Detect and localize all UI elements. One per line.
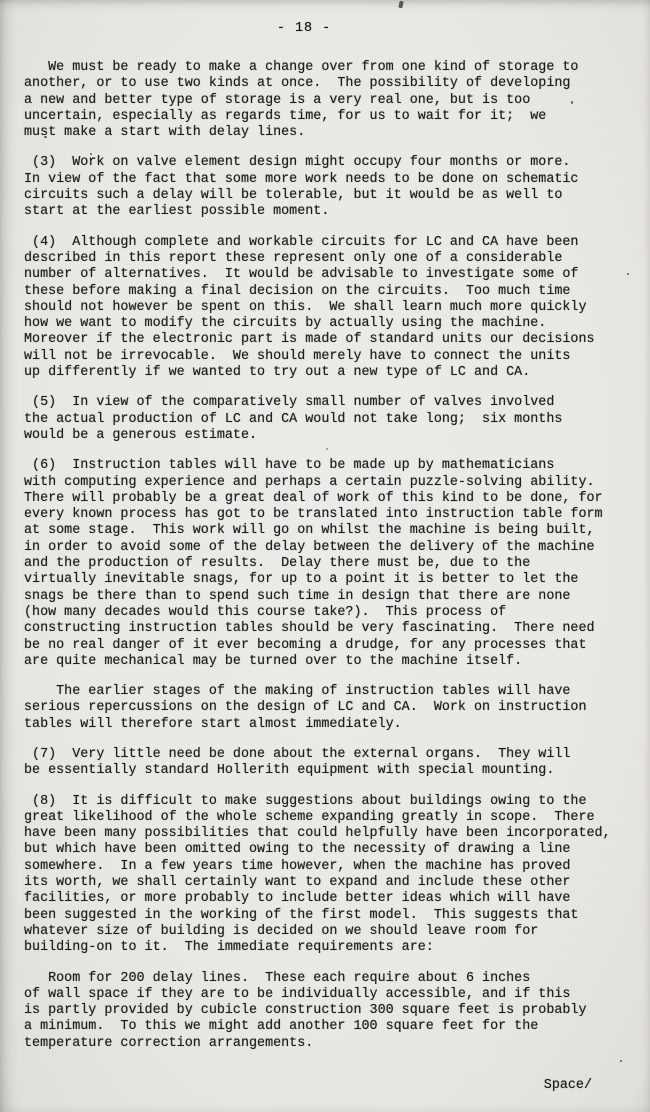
text-line: a minimum. To this we might add another … <box>24 1019 628 1035</box>
text-line: but which have been omitted owing to the… <box>24 842 628 858</box>
text-line: virtually inevitable snags, for up to a … <box>24 572 628 588</box>
scan-speck <box>326 448 328 450</box>
text-line: its worth, we shall certainly want to ex… <box>24 875 628 891</box>
scan-speck <box>90 153 92 155</box>
text-line: should not however be spent on this. We … <box>24 300 628 316</box>
text-line: every known process has got to be transl… <box>24 507 628 523</box>
page-number: - 18 - <box>0 21 608 36</box>
text-line: (how many decades would this course take… <box>24 605 628 621</box>
text-line: the actual production of LC and CA would… <box>24 412 628 428</box>
text-line: tables will therefore start almost immed… <box>24 717 628 733</box>
paragraph: (6) Instruction tables will have to be m… <box>24 458 628 670</box>
text-line: (3) Work on valve element design might o… <box>24 155 628 171</box>
text-line: circuits such a delay will be tolerable,… <box>24 188 628 204</box>
text-line: somewhere. In a few years time however, … <box>24 859 628 875</box>
text-line: at some stage. This work will go on whil… <box>24 523 628 539</box>
document-page: - 18 - We must be ready to make a change… <box>0 0 650 1112</box>
paragraph: (3) Work on valve element design might o… <box>24 155 628 220</box>
text-line: whatever size of building is decided on … <box>24 924 628 940</box>
text-line: start at the earliest possible moment. <box>24 204 628 220</box>
text-line: facilities, or more probably to include … <box>24 891 628 907</box>
text-line: temperature correction arrangements. <box>24 1036 628 1052</box>
text-line: in order to avoid some of the delay betw… <box>24 540 628 556</box>
text-line: been suggested in the working of the fir… <box>24 908 628 924</box>
catchword: Space/ <box>544 1078 592 1093</box>
scan-speck <box>44 136 47 138</box>
paragraph: The earlier stages of the making of inst… <box>24 684 628 733</box>
scan-speck <box>571 101 573 104</box>
text-line: up differently if we wanted to try out a… <box>24 365 628 381</box>
paragraph: We must be ready to make a change over f… <box>24 60 628 141</box>
text-line: We must be ready to make a change over f… <box>24 60 628 76</box>
text-line: of wall space if they are to be individu… <box>24 987 628 1003</box>
text-line: (6) Instruction tables will have to be m… <box>24 458 628 474</box>
text-line: these before making a final decision on … <box>24 284 628 300</box>
text-line: There will probably be a great deal of w… <box>24 491 628 507</box>
text-line: snags be there than to spend such time i… <box>24 589 628 605</box>
text-line: another, or to use two kinds at once. Th… <box>24 76 628 92</box>
text-line: In view of the fact that some more work … <box>24 172 628 188</box>
text-line: constructing instruction tables should b… <box>24 621 628 637</box>
text-line: with computing experience and perhaps a … <box>24 475 628 491</box>
text-line: Moreover if the electronic part is made … <box>24 332 628 348</box>
text-line: have been many possibilities that could … <box>24 826 628 842</box>
paragraph: (8) It is difficult to make suggestions … <box>24 794 628 957</box>
text-line: be no real danger of it ever becoming a … <box>24 638 628 654</box>
text-line: a new and better type of storage is a ve… <box>24 93 628 109</box>
text-line: (5) In view of the comparatively small n… <box>24 395 628 411</box>
text-line: is partly provided by cubicle constructi… <box>24 1003 628 1019</box>
scan-speck <box>627 273 629 275</box>
text-line: (8) It is difficult to make suggestions … <box>24 794 628 810</box>
text-line: number of alternatives. It would be advi… <box>24 267 628 283</box>
text-line: be essentially standard Hollerith equipm… <box>24 763 628 779</box>
scan-speck <box>398 1 403 9</box>
paragraph: (4) Although complete and workable circu… <box>24 235 628 382</box>
text-line: must make a start with delay lines. <box>24 125 628 141</box>
text-line: are quite mechanical may be turned over … <box>24 654 628 670</box>
paragraph: (5) In view of the comparatively small n… <box>24 395 628 444</box>
text-line: and the production of results. Delay the… <box>24 556 628 572</box>
scan-speck <box>620 1060 622 1062</box>
text-line: Room for 200 delay lines. These each req… <box>24 971 628 987</box>
text-line: (4) Although complete and workable circu… <box>24 235 628 251</box>
text-line: (7) Very little need be done about the e… <box>24 747 628 763</box>
text-line: uncertain, especially as regards time, f… <box>24 109 628 125</box>
text-line: will not be irrevocable. We should merel… <box>24 349 628 365</box>
text-line: building-on to it. The immediate require… <box>24 940 628 956</box>
text-line: serious repercussions on the design of L… <box>24 700 628 716</box>
paragraph: Room for 200 delay lines. These each req… <box>24 971 628 1052</box>
paragraph: (7) Very little need be done about the e… <box>24 747 628 780</box>
text-line: described in this report these represent… <box>24 251 628 267</box>
text-line: The earlier stages of the making of inst… <box>24 684 628 700</box>
document-body: We must be ready to make a change over f… <box>24 60 628 1066</box>
text-line: how we want to modify the circuits by ac… <box>24 316 628 332</box>
text-line: great likelihood of the whole scheme exp… <box>24 810 628 826</box>
text-line: would be a generous estimate. <box>24 428 628 444</box>
